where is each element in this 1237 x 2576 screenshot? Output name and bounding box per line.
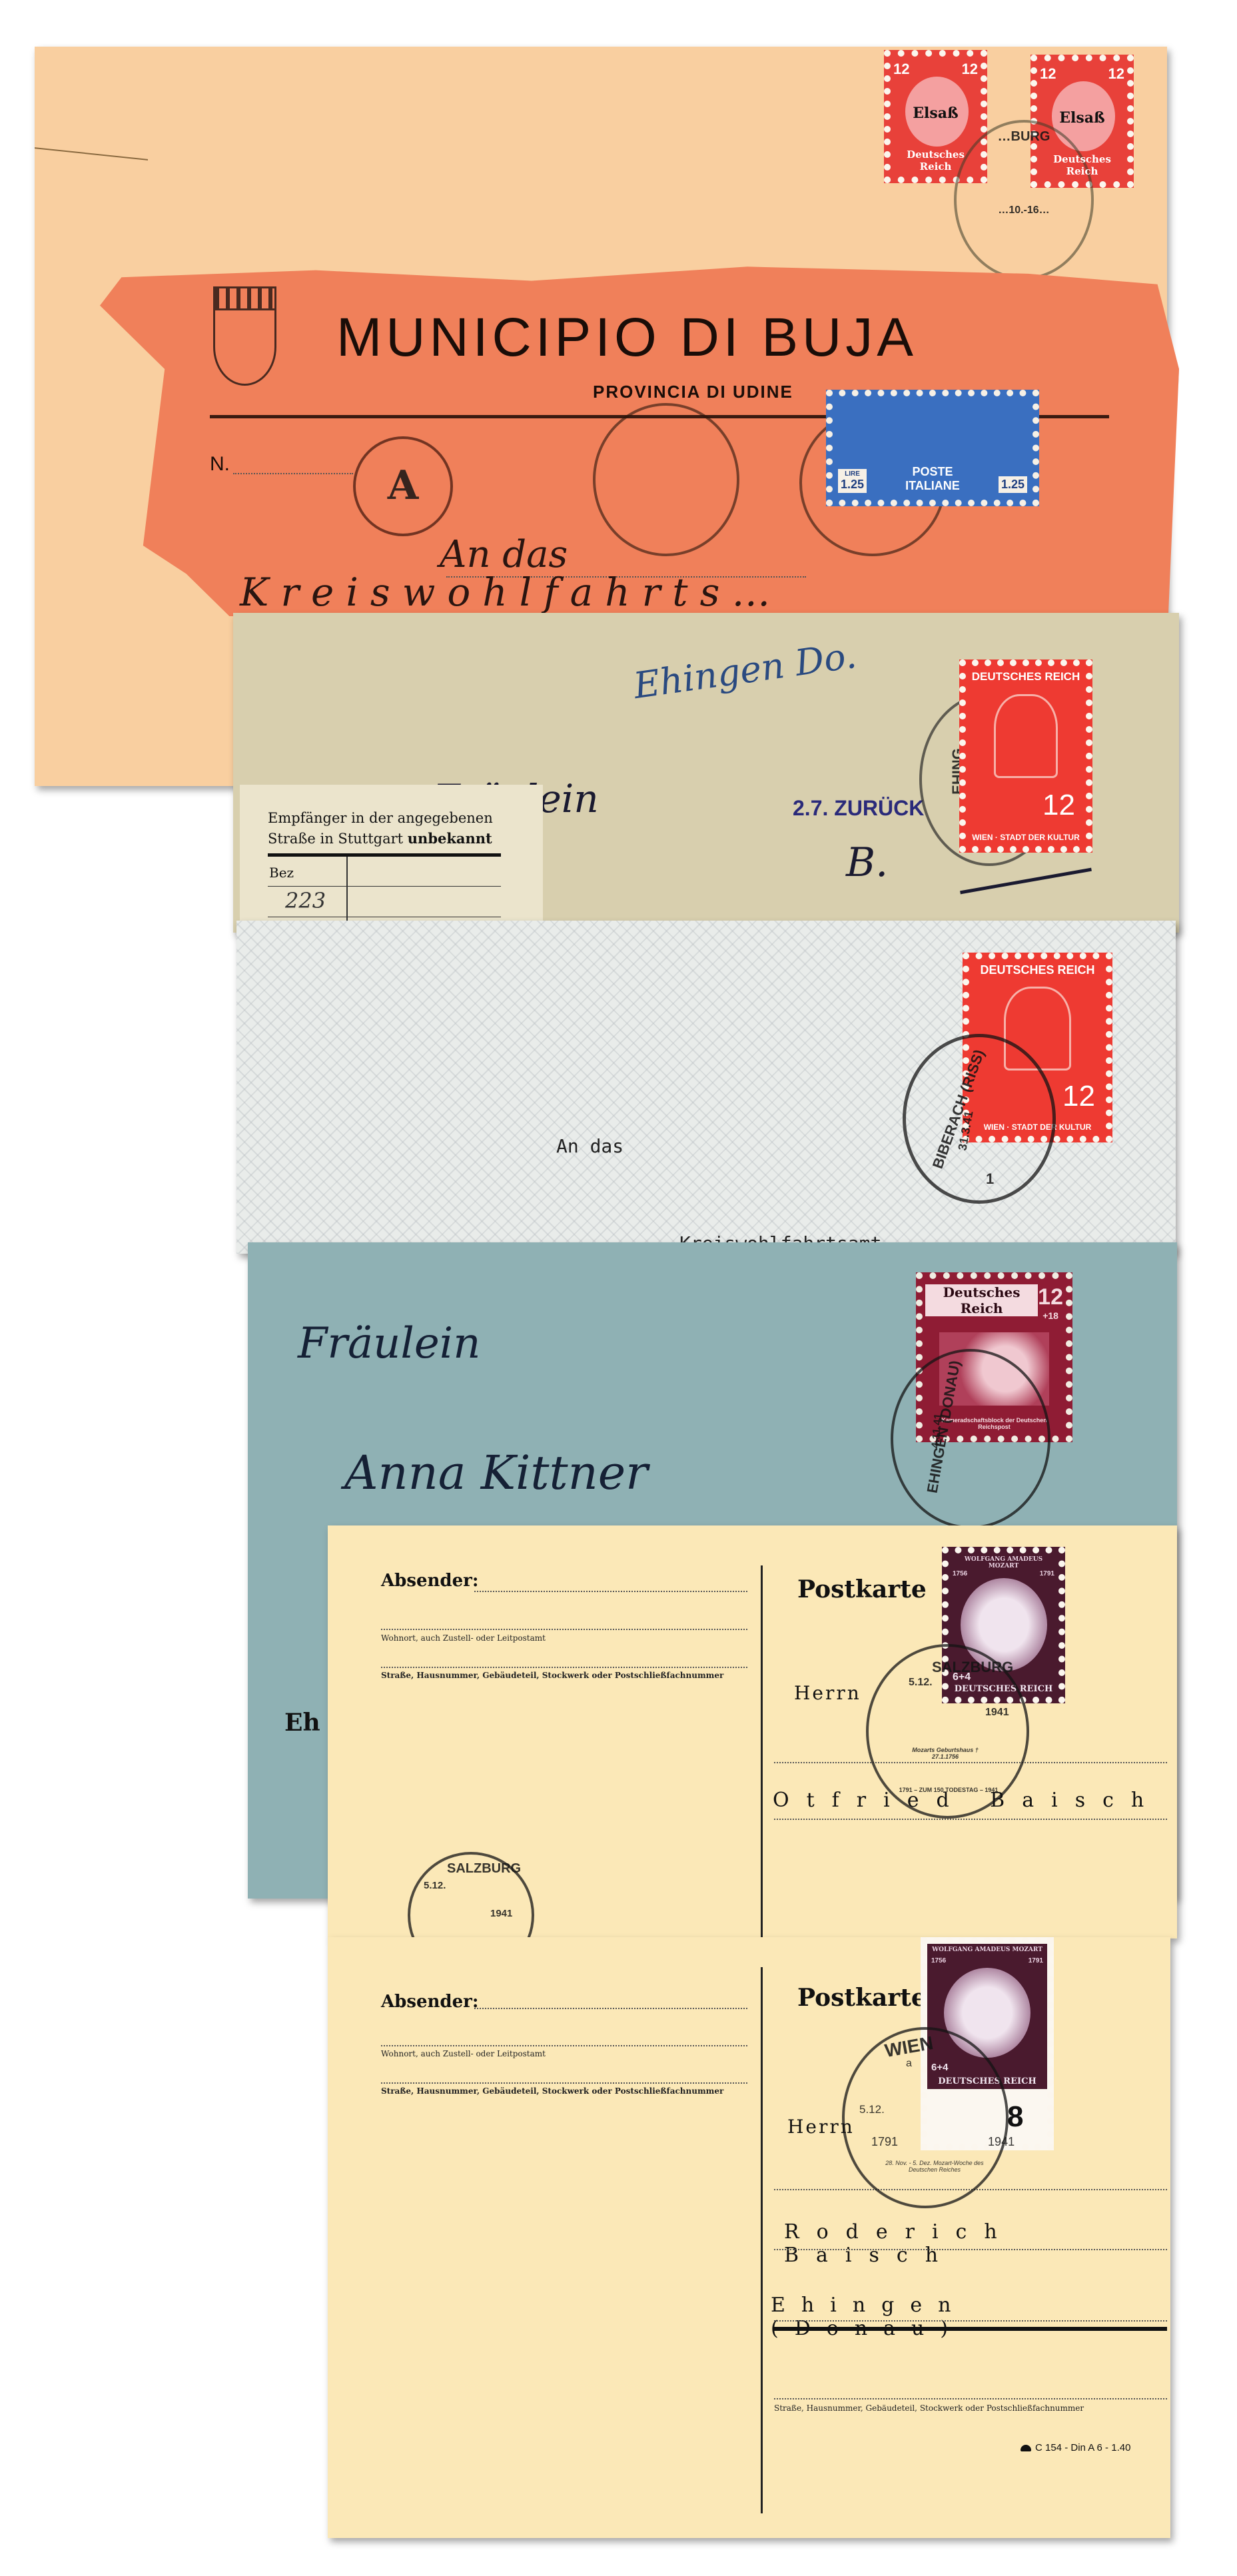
undeliverable-label: Empfänger in der angegebenen Straße in S…	[240, 785, 543, 933]
sender-label: Absender:	[381, 1992, 478, 2012]
buja-cover: MUNICIPIO DI BUJA PROVINCIA DI UDINE N. …	[100, 263, 1179, 616]
stamp-hindenburg-elsass-1: 12 12 Elsaß Deutsches Reich	[884, 50, 987, 183]
handwritten-ehingen: Ehingen Do.	[631, 634, 859, 707]
city-underline	[774, 2327, 1167, 2331]
biberach-cover: DEUTSCHES REICH 12 WIEN · STADT DER KULT…	[236, 921, 1176, 1254]
line-caption-strasse: Straße, Hausnummer, Gebäudeteil, Stockwe…	[381, 2086, 723, 2096]
printer-mark: C 154 - Din A 6 - 1.40	[1021, 2442, 1130, 2453]
coat-of-arms-icon	[213, 286, 276, 386]
card-divider	[761, 1565, 763, 1938]
lyre-mask-icon	[994, 694, 1058, 778]
salutation-herrn: Herrn	[794, 1682, 861, 1704]
postcard-salzburg: Absender: Wohnort, auch Zustell- oder Le…	[328, 1525, 1177, 1938]
postkarte-title: Postkarte	[797, 1984, 927, 2012]
postmark-wien-mozart: WIEN a 5.12. 1791 1941 28. Nov. - 5. Dez…	[842, 2027, 1009, 2208]
tear-crack	[35, 134, 148, 161]
postmark-buja-1	[593, 403, 739, 556]
card-divider	[761, 1967, 763, 2513]
line-caption-wohnort: Wohnort, auch Zustell- oder Leitpostamt	[381, 1633, 546, 1643]
provincia-subtitle: PROVINCIA DI UDINE	[593, 382, 793, 402]
stamp-poste-italiane: LIRE 1.25 POSTE ITALIANE 1.25	[826, 390, 1039, 506]
postmark-biberach: BIBERACH (RISS) 31.3.41 1	[903, 1034, 1056, 1204]
partial-address-text: Eh	[284, 1709, 320, 1737]
postmark-elsass: …BURG …10.-16…	[954, 120, 1094, 280]
sheet-margin-number: 8	[1007, 2100, 1023, 2134]
printer-logo-icon	[1021, 2445, 1031, 2451]
postcard-wien: Absender: Wohnort, auch Zustell- oder Le…	[328, 1937, 1170, 2538]
street-caption: Straße, Hausnummer, Gebäudeteil, Stockwe…	[774, 2403, 1084, 2413]
recipient-name: Roderich Baisch	[784, 2220, 1170, 2267]
recipient-city: Ehingen (Donau)	[771, 2294, 1170, 2340]
stamp-wien-stadt-der-kultur: DEUTSCHES REICH 12 WIEN · STADT DER KULT…	[959, 659, 1092, 853]
typed-an-das: An das	[556, 1135, 623, 1157]
underline-stroke	[960, 868, 1092, 895]
postkarte-title: Postkarte	[797, 1575, 927, 1603]
stamp-hindenburg-elsass-2: 12 12 Elsaß Deutsches Reich	[1031, 55, 1134, 188]
handwritten-b: B.	[846, 839, 888, 886]
number-label: N.	[210, 453, 230, 476]
return-stamp-blue: 2.7. ZURÜCK	[793, 796, 924, 821]
handwritten-recipient: Kreiswohlfahrts…	[240, 570, 782, 615]
municipio-title: MUNICIPIO DI BUJA	[336, 306, 917, 369]
postmark-salzburg-mozart: SALZBURG 5.12. 1941 Mozarts Geburtshaus …	[866, 1644, 1029, 1819]
sender-label: Absender:	[381, 1571, 478, 1591]
postmark-ehingen-donau: EHINGEN (DONAU) 4.11.41	[891, 1349, 1050, 1529]
stuttgart-cover: Ehingen Do. Fräulein 2.7. ZURÜCK B. EHIN…	[233, 613, 1179, 933]
line-caption-wohnort: Wohnort, auch Zustell- oder Leitpostamt	[381, 2049, 546, 2058]
handwritten-recipient-name: Anna Kittner	[344, 1446, 648, 1500]
line-caption-strasse: Straße, Hausnummer, Gebäudeteil, Stockwe…	[381, 1671, 723, 1680]
handwritten-fraeulein: Fräulein	[298, 1319, 480, 1368]
registration-a-mark: A	[353, 436, 453, 536]
